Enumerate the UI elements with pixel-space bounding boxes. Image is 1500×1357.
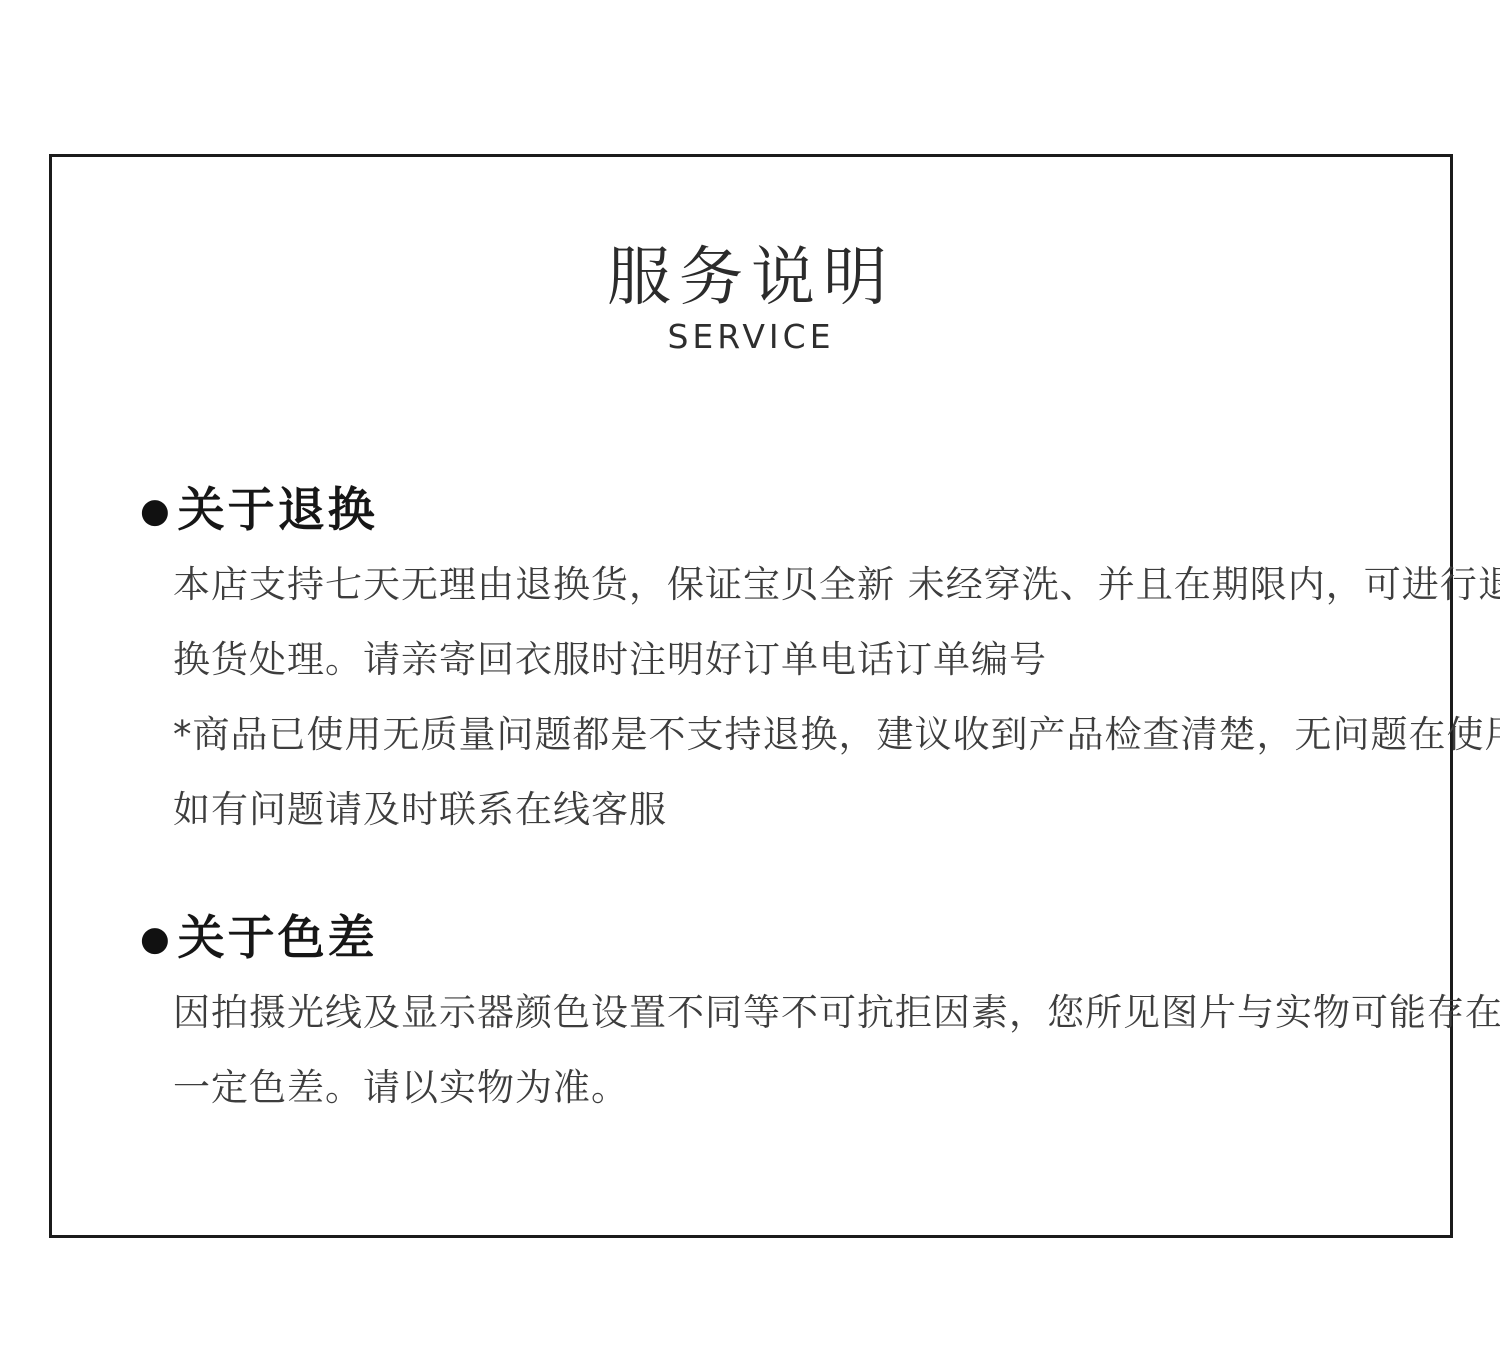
section-returns: ● 关于退换 本店支持七天无理由退换货，保证宝贝全新 未经穿洗、并且在期限内，可… [140, 483, 1384, 847]
service-notice-frame: 服务说明 SERVICE ● 关于退换 本店支持七天无理由退换货，保证宝贝全新 … [49, 154, 1453, 1238]
body-line: 因拍摄光线及显示器颜色设置不同等不可抗拒因素，您所见图片与实物可能存在 [173, 975, 1384, 1050]
section-color-difference-body: 因拍摄光线及显示器颜色设置不同等不可抗拒因素，您所见图片与实物可能存在 一定色差… [173, 975, 1384, 1125]
section-returns-title: 关于退换 [178, 483, 378, 539]
section-color-difference-title: 关于色差 [178, 911, 378, 967]
body-line: 如有问题请及时联系在线客服 [173, 772, 1384, 847]
body-line: 换货处理。请亲寄回衣服时注明好订单电话订单编号 [173, 622, 1384, 697]
bullet-icon: ● [140, 911, 170, 967]
body-line: 一定色差。请以实物为准。 [173, 1050, 1384, 1125]
bullet-icon: ● [140, 483, 170, 539]
section-returns-body: 本店支持七天无理由退换货，保证宝贝全新 未经穿洗、并且在期限内，可进行退 换货处… [173, 547, 1384, 847]
section-color-difference: ● 关于色差 因拍摄光线及显示器颜色设置不同等不可抗拒因素，您所见图片与实物可能… [140, 911, 1384, 1125]
page-subtitle: SERVICE [52, 317, 1450, 357]
page-title: 服务说明 [52, 241, 1450, 315]
section-color-difference-heading: ● 关于色差 [140, 911, 1384, 967]
content-area: ● 关于退换 本店支持七天无理由退换货，保证宝贝全新 未经穿洗、并且在期限内，可… [52, 483, 1450, 1125]
section-returns-heading: ● 关于退换 [140, 483, 1384, 539]
title-block: 服务说明 SERVICE [52, 157, 1450, 357]
body-line: *商品已使用无质量问题都是不支持退换，建议收到产品检查清楚，无问题在使用。 [173, 697, 1384, 772]
body-line: 本店支持七天无理由退换货，保证宝贝全新 未经穿洗、并且在期限内，可进行退 [173, 547, 1384, 622]
